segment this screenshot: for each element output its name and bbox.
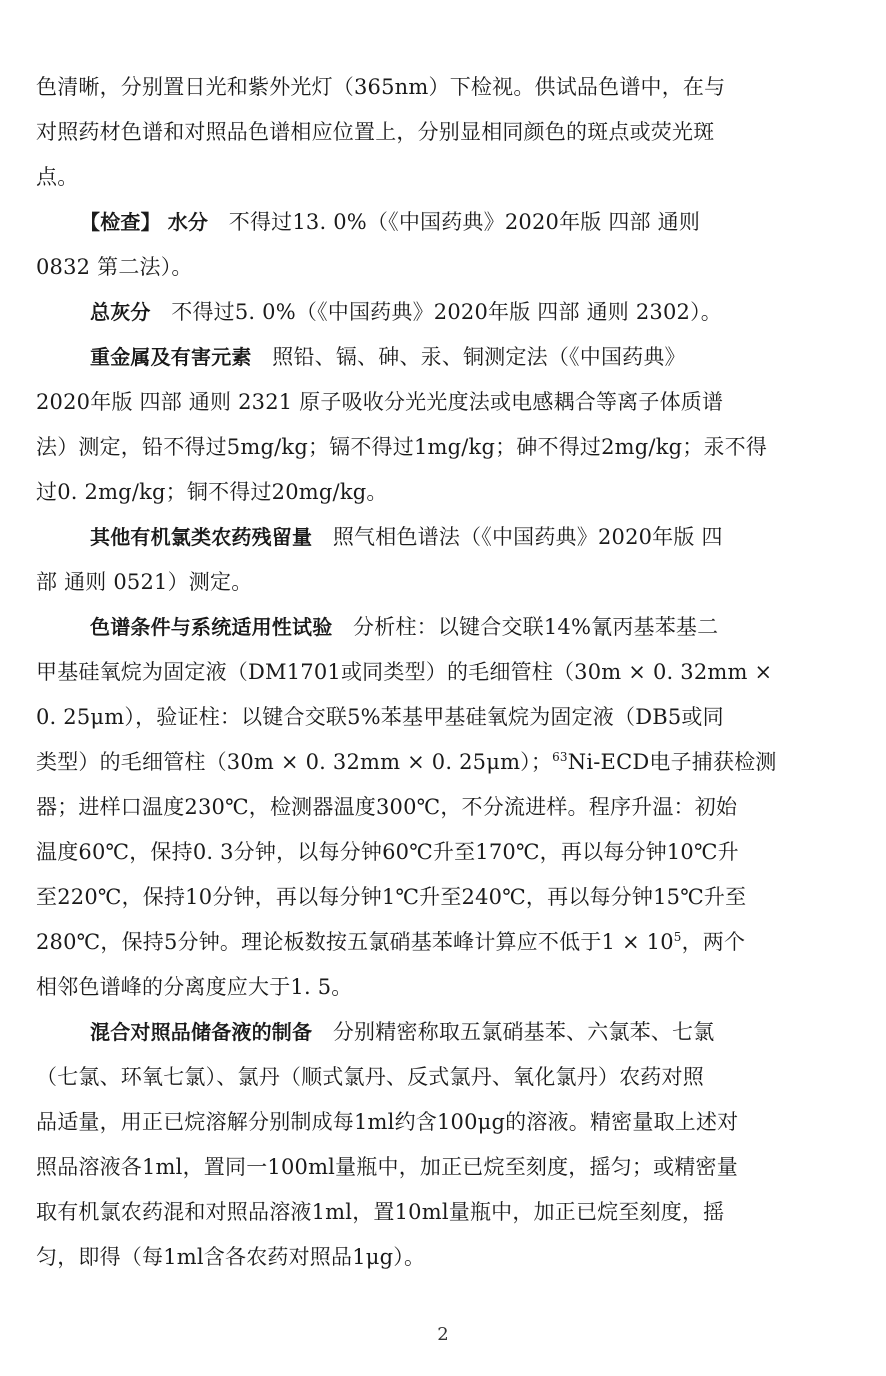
text-line: 对照药材色谱和对照品色谱相应位置上，分别显相同颜色的斑点或荧光斑: [36, 117, 714, 147]
pesticide-line: 其他有机氯类农药残留量 照气相色谱法（《中国药典》2020年版 四: [90, 522, 723, 552]
text-line: 照品溶液各1ml，置同一100ml量瓶中，加正已烷至刻度，摇匀；或精密量: [36, 1152, 738, 1182]
chromatography-label: 色谱条件与系统适用性试验: [90, 615, 332, 639]
metals-label: 重金属及有害元素: [90, 345, 252, 369]
text-span: Ni-ECD电子捕获检测: [568, 750, 777, 774]
ash-line: 总灰分 不得过5. 0%（《中国药典》2020年版 四部 通则 2302）。: [90, 297, 722, 327]
water-label: 水分: [168, 210, 208, 234]
text-line: （七氯、环氧七氯）、氯丹（顺式氯丹、反式氯丹、氧化氯丹）农药对照: [36, 1062, 704, 1092]
ash-text: 不得过5. 0%（《中国药典》2020年版 四部 通则 2302）。: [171, 300, 722, 324]
water-text: 不得过13. 0%（《中国药典》2020年版 四部 通则: [229, 210, 700, 234]
text-line: 器；进样口温度230℃，检测器温度300℃，不分流进样。程序升温：初始: [36, 792, 737, 822]
text-line: 过0. 2mg/kg；铜不得过20mg/kg。: [36, 477, 388, 507]
text-line: 色清晰，分别置日光和紫外光灯（365nm）下检视。供试品色谱中，在与: [36, 72, 725, 102]
text-line: 至220℃，保持10分钟，再以每分钟1℃升至240℃，再以每分钟15℃升至: [36, 882, 746, 912]
text-line: 法）测定，铅不得过5mg/kg；镉不得过1mg/kg；砷不得过2mg/kg；汞不…: [36, 432, 767, 462]
page-number: 2: [0, 1324, 886, 1345]
text-line: 2020年版 四部 通则 2321 原子吸收分光光度法或电感耦合等离子体质谱: [36, 387, 723, 417]
text-line: 相邻色谱峰的分离度应大于1. 5。: [36, 972, 352, 1002]
pesticide-label: 其他有机氯类农药残留量: [90, 525, 312, 549]
metals-line: 重金属及有害元素 照铅、镉、砷、汞、铜测定法（《中国药典》: [90, 342, 686, 372]
text-line: 温度60℃，保持0. 3分钟，以每分钟60℃升至170℃，再以每分钟10℃升: [36, 837, 739, 867]
text-line: 品适量，用正已烷溶解分别制成每1ml约含100μg的溶液。精密量取上述对: [36, 1107, 738, 1137]
text-span: 类型）的毛细管柱（30m × 0. 32mm × 0. 25μm）；: [36, 750, 552, 774]
text-line: 0832 第二法）。: [36, 252, 193, 282]
section-label-check: 【检查】: [80, 210, 161, 234]
stock-label: 混合对照品储备液的制备: [90, 1020, 312, 1044]
text-line: 点。: [36, 162, 78, 192]
text-line: 部 通则 0521）测定。: [36, 567, 252, 597]
stock-line: 混合对照品储备液的制备 分别精密称取五氯硝基苯、六氯苯、七氯: [90, 1017, 714, 1047]
text-line: 甲基硅氧烷为固定液（DM1701或同类型）的毛细管柱（30m × 0. 32mm…: [36, 657, 772, 687]
text-span: 280℃，保持5分钟。理论板数按五氯硝基苯峰计算应不低于1 × 10: [36, 930, 674, 954]
stock-text: 分别精密称取五氯硝基苯、六氯苯、七氯: [333, 1020, 715, 1044]
text-line: 280℃，保持5分钟。理论板数按五氯硝基苯峰计算应不低于1 × 105，两个: [36, 927, 745, 957]
superscript: 5: [674, 930, 682, 944]
text-line: 类型）的毛细管柱（30m × 0. 32mm × 0. 25μm）；63Ni-E…: [36, 747, 777, 777]
check-water-line: 【检查】 水分 不得过13. 0%（《中国药典》2020年版 四部 通则: [80, 207, 700, 237]
metals-text: 照铅、镉、砷、汞、铜测定法（《中国药典》: [272, 345, 686, 369]
pesticide-text: 照气相色谱法（《中国药典》2020年版 四: [333, 525, 723, 549]
ash-label: 总灰分: [90, 300, 151, 324]
text-line: 取有机氯农药混和对照品溶液1ml，置10ml量瓶中，加正已烷至刻度，摇: [36, 1197, 724, 1227]
text-span: ，两个: [682, 930, 746, 954]
chromatography-line: 色谱条件与系统适用性试验 分析柱：以键合交联14%氰丙基苯基二: [90, 612, 718, 642]
chromatography-text: 分析柱：以键合交联14%氰丙基苯基二: [353, 615, 718, 639]
text-line: 匀，即得（每1ml含各农药对照品1μg）。: [36, 1242, 425, 1272]
superscript: 63: [552, 750, 568, 764]
text-line: 0. 25μm），验证柱：以键合交联5%苯基甲基硅氧烷为固定液（DB5或同: [36, 702, 724, 732]
